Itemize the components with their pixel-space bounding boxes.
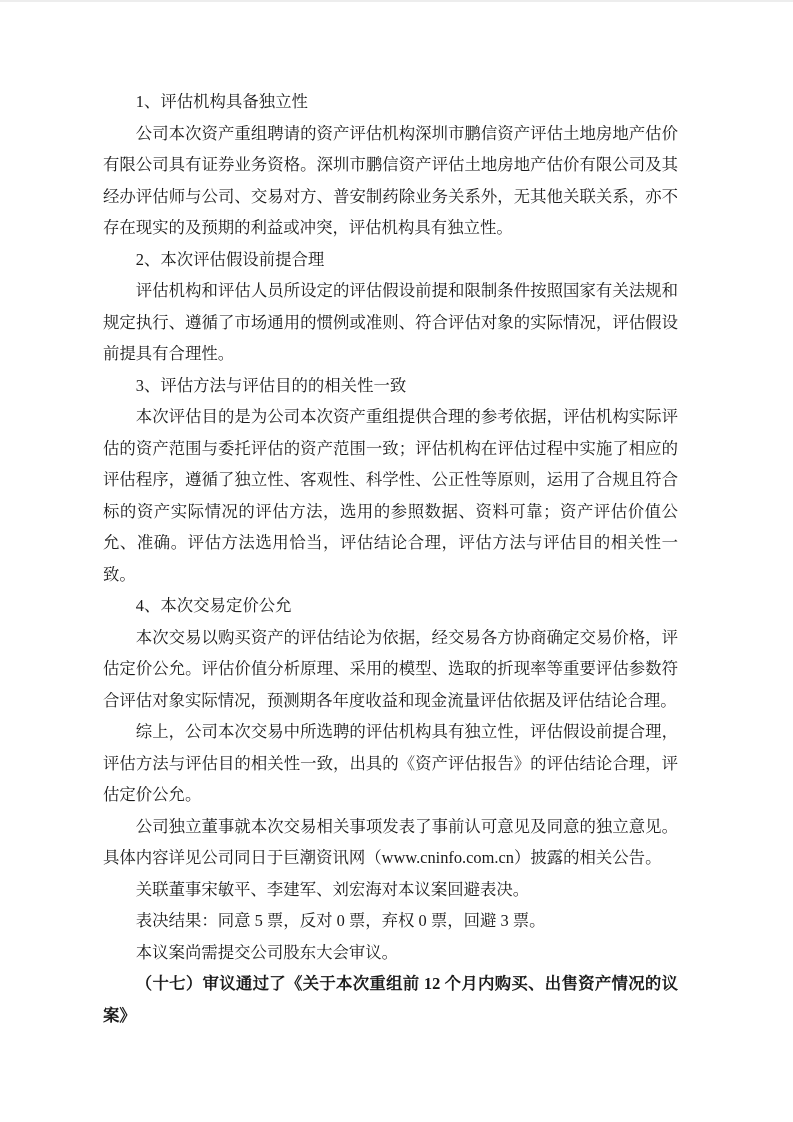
paragraph-body: 公司本次资产重组聘请的资产评估机构深圳市鹏信资产评估土地房地产估价有限公司具有证…	[103, 118, 678, 244]
page-top-scan-edge	[0, 0, 793, 2]
paragraph-numbered-heading: 3、评估方法与评估目的的相关性一致	[103, 370, 678, 402]
paragraph-body: 评估机构和评估人员所设定的评估假设前提和限制条件按照国家有关法规和规定执行、遵循…	[103, 275, 678, 370]
document-content: 1、评估机构具备独立性公司本次资产重组聘请的资产评估机构深圳市鹏信资产评估土地房…	[103, 86, 678, 1031]
paragraph-body: 本次评估目的是为公司本次资产重组提供合理的参考依据，评估机构实际评估的资产范围与…	[103, 401, 678, 590]
document-page: 1、评估机构具备独立性公司本次资产重组聘请的资产评估机构深圳市鹏信资产评估土地房…	[0, 0, 793, 1122]
paragraph-body: 表决结果：同意 5 票，反对 0 票，弃权 0 票，回避 3 票。	[103, 905, 678, 937]
paragraph-bold-heading: （十七）审议通过了《关于本次重组前 12 个月内购买、出售资产情况的议案》	[103, 968, 678, 1031]
paragraph-numbered-heading: 1、评估机构具备独立性	[103, 86, 678, 118]
paragraph-body: 本议案尚需提交公司股东大会审议。	[103, 937, 678, 969]
paragraph-body: 综上，公司本次交易中所选聘的评估机构具有独立性，评估假设前提合理，评估方法与评估…	[103, 716, 678, 811]
paragraph-body: 公司独立董事就本次交易相关事项发表了事前认可意见及同意的独立意见。具体内容详见公…	[103, 811, 678, 874]
paragraph-numbered-heading: 2、本次评估假设前提合理	[103, 244, 678, 276]
paragraph-numbered-heading: 4、本次交易定价公允	[103, 590, 678, 622]
paragraph-body: 本次交易以购买资产的评估结论为依据，经交易各方协商确定交易价格，评估定价公允。评…	[103, 622, 678, 717]
paragraph-body: 关联董事宋敏平、李建军、刘宏海对本议案回避表决。	[103, 874, 678, 906]
